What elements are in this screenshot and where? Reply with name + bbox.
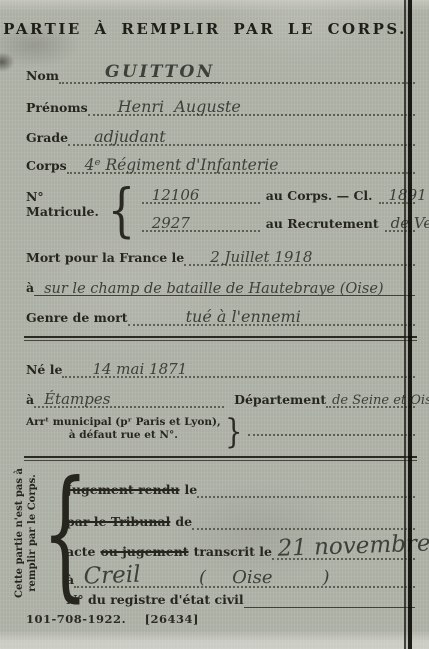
matricule-corps-printed: au Corps. — Cl.: [260, 188, 379, 204]
matricule-recrutement-printed: au Recrutement: [260, 216, 385, 232]
field-prenoms: Prénoms Henri Auguste: [26, 90, 415, 116]
field-lieu-transcription: à Creil ( Oise ): [66, 560, 415, 588]
matricule-label: N° Matricule.: [26, 189, 99, 220]
matricule-row-corps: 12106 au Corps. — Cl. 1891: [142, 176, 415, 204]
departement-label: Département: [234, 392, 326, 408]
jugement-label-rest: le: [185, 482, 198, 498]
mort-date-value: 2 Juillet 1918: [184, 250, 312, 265]
jugement-label-struck: Jugement rendu: [66, 482, 180, 498]
departement-line: de Seine et Oise: [326, 394, 415, 408]
field-mort-lieu: à sur le champ de bataille de Hautebraye…: [26, 270, 415, 296]
binding-edge-line: [403, 0, 415, 649]
ne-a-line: Étampes: [34, 392, 224, 408]
registre-line: [244, 607, 415, 608]
field-tribunal: par le Tribunal de: [66, 504, 415, 530]
nom-label: Nom: [26, 68, 59, 84]
page-title: PARTIE À REMPLIR PAR LE CORPS.: [0, 20, 410, 38]
lieu-paren-close: ): [322, 569, 329, 587]
field-grade: Grade adjudant: [26, 120, 415, 146]
mort-lieu-label: à: [26, 280, 34, 296]
grade-value: adjudant: [68, 129, 166, 145]
tribunal-label-rest: de: [175, 514, 192, 530]
arrondissement-brace: }: [225, 415, 242, 449]
arrondissement-line: [248, 434, 415, 436]
field-mort-date: Mort pour la France le 2 Juillet 1918: [26, 240, 415, 266]
mort-lieu-line: sur le champ de bataille de Hautebraye (…: [34, 282, 415, 297]
mort-date-line: 2 Juillet 1918: [184, 250, 415, 266]
military-death-record-card: PARTIE À REMPLIR PAR LE CORPS. Nom GUITT…: [0, 0, 429, 649]
corps-line: 4ᵉ Régiment d'Infanterie: [67, 158, 415, 175]
field-acte-transcrit: acte ou jugement transcrit le 21 novembr…: [66, 532, 415, 560]
genre-mort-line: tué à l'ennemi: [128, 309, 415, 326]
lieu-paren-open: (: [199, 569, 206, 587]
registre-label: N° du registre d'état civil: [66, 592, 244, 608]
field-corps: Corps 4ᵉ Régiment d'Infanterie: [26, 148, 415, 174]
matricule-rows: 12106 au Corps. — Cl. 1891 2927 au Recru…: [142, 176, 415, 232]
lieu-paren-value: Oise: [232, 569, 272, 587]
field-registre: N° du registre d'état civil: [66, 588, 415, 608]
field-ne-le: Né le 14 mai 1871: [26, 352, 415, 378]
grade-label: Grade: [26, 130, 68, 146]
matricule-brace: {: [107, 181, 135, 239]
field-ne-a: à Étampes Département de Seine et Oise: [26, 382, 415, 408]
matricule-row-recrutement: 2927 au Recrutement de Versailles: [142, 204, 415, 232]
genre-mort-value: tué à l'ennemi: [128, 309, 301, 325]
arrondissement-label: Arrᵗ municipal (pʳ Paris et Lyon), à déf…: [26, 416, 221, 442]
matricule-recrutement-num-line: 2927: [142, 216, 260, 232]
acte-date-line: 21 novembre 1919: [272, 538, 415, 560]
field-genre-mort: Genre de mort tué à l'ennemi: [26, 300, 415, 326]
matricule-recrutement-num: 2927: [142, 216, 190, 231]
jugement-line: [197, 496, 415, 498]
separator-rule-1: [24, 336, 417, 341]
imprint-number: 101-708-1922.: [26, 612, 126, 626]
corps-value: 4ᵉ Régiment d'Infanterie: [67, 158, 279, 174]
prenoms-value: Henri Auguste: [88, 99, 241, 115]
ne-a-value: Étampes: [34, 392, 110, 407]
prenoms-label: Prénoms: [26, 100, 88, 116]
acte-label-struck: ou jugement: [100, 544, 188, 560]
acte-label-part2: transcrit le: [194, 544, 272, 560]
nom-line: GUITTON: [59, 64, 415, 84]
ne-le-label: Né le: [26, 362, 62, 378]
footer-imprint: 101-708-1922. [26434]: [26, 612, 199, 626]
corps-label: Corps: [26, 158, 67, 174]
prenoms-line: Henri Auguste: [88, 99, 415, 116]
ne-a-label: à: [26, 392, 34, 408]
nom-value: GUITTON: [99, 64, 221, 83]
matricule-corps-value: 12106: [142, 188, 200, 203]
field-nom: Nom GUITTON: [26, 58, 415, 84]
acte-label-part1: acte: [66, 544, 95, 560]
ne-le-line: 14 mai 1871: [62, 362, 415, 378]
tribunal-label-struck: par le Tribunal: [66, 514, 170, 530]
field-jugement: Jugement rendu le: [66, 472, 415, 498]
ne-le-value: 14 mai 1871: [62, 362, 187, 377]
field-matricule: N° Matricule. { 12106 au Corps. — Cl. 18…: [26, 176, 415, 232]
lieu-transcription-line: Creil ( Oise ): [74, 566, 415, 588]
mort-lieu-value: sur le champ de bataille de Hautebraye (…: [34, 282, 383, 297]
imprint-code: [26434]: [145, 612, 199, 626]
matricule-corps-line: 12106: [142, 188, 260, 204]
grade-line: adjudant: [68, 129, 415, 146]
genre-mort-label: Genre de mort: [26, 310, 128, 326]
tribunal-line: [192, 528, 415, 530]
lieu-transcription-value: Creil: [73, 564, 141, 589]
mort-date-label: Mort pour la France le: [26, 250, 184, 266]
field-arrondissement: Arrᵗ municipal (pʳ Paris et Lyon), à déf…: [26, 410, 415, 442]
